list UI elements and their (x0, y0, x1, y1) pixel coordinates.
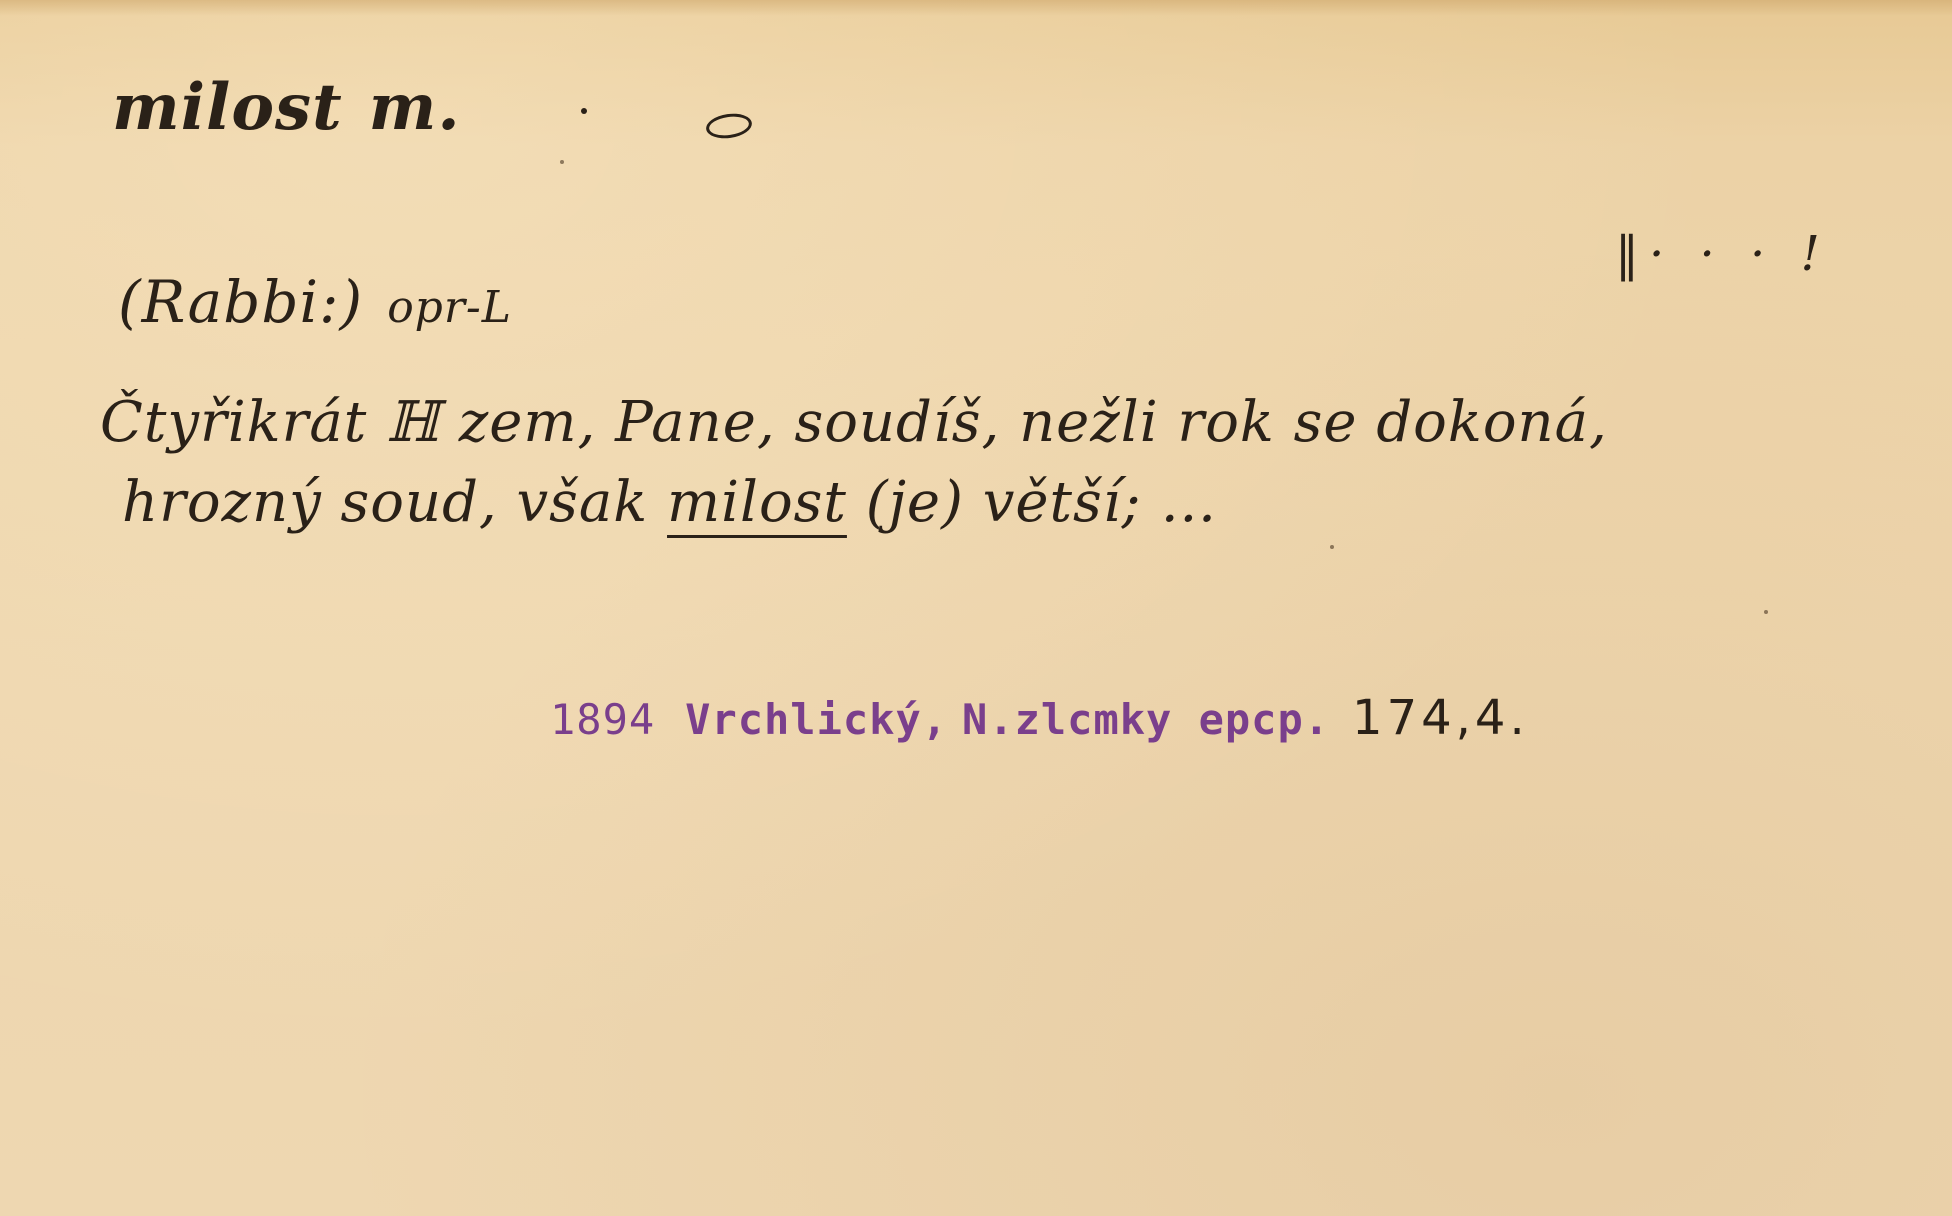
headword-lemma: milost (112, 70, 343, 145)
citation-author: Vrchlický, (685, 695, 948, 744)
speaker-attribution: (Rabbi:)opr-L (118, 268, 512, 336)
quote-line-2-after: (je) větší; … (847, 470, 1217, 535)
margin-note: ‖· · · ! (1615, 226, 1830, 282)
source-citation: 1894Vrchlický,N.zlcmky epcp.174,4. (550, 690, 1529, 746)
quote-line-2: hrozný soud, však milost (je) větší; … (122, 470, 1217, 535)
paper-speck (1330, 545, 1334, 549)
dot-mark (581, 108, 587, 114)
paper-speck (560, 160, 564, 164)
card-top-edge (0, 0, 1952, 16)
speaker-abbreviation: opr-L (387, 282, 512, 333)
index-card: milostm. (Rabbi:)opr-L ‖· · · ! Čtyřikrá… (0, 0, 1952, 1216)
quote-keyword-underlined: milost (667, 470, 847, 535)
quote-line-2-before: hrozný soud, však (122, 470, 667, 535)
headword-gender: m. (369, 70, 461, 145)
speaker-label: (Rabbi:) (118, 268, 363, 336)
citation-page: 174,4. (1352, 690, 1529, 746)
citation-year: 1894 (550, 695, 655, 744)
citation-work: N.zlcmky epcp. (962, 695, 1330, 744)
quote-line-1: Čtyřikrát ℍ zem, Pane, soudíš, nežli rok… (100, 390, 1608, 455)
circle-mark-icon (705, 111, 754, 141)
paper-speck (1764, 610, 1768, 614)
headword: milostm. (112, 70, 461, 145)
